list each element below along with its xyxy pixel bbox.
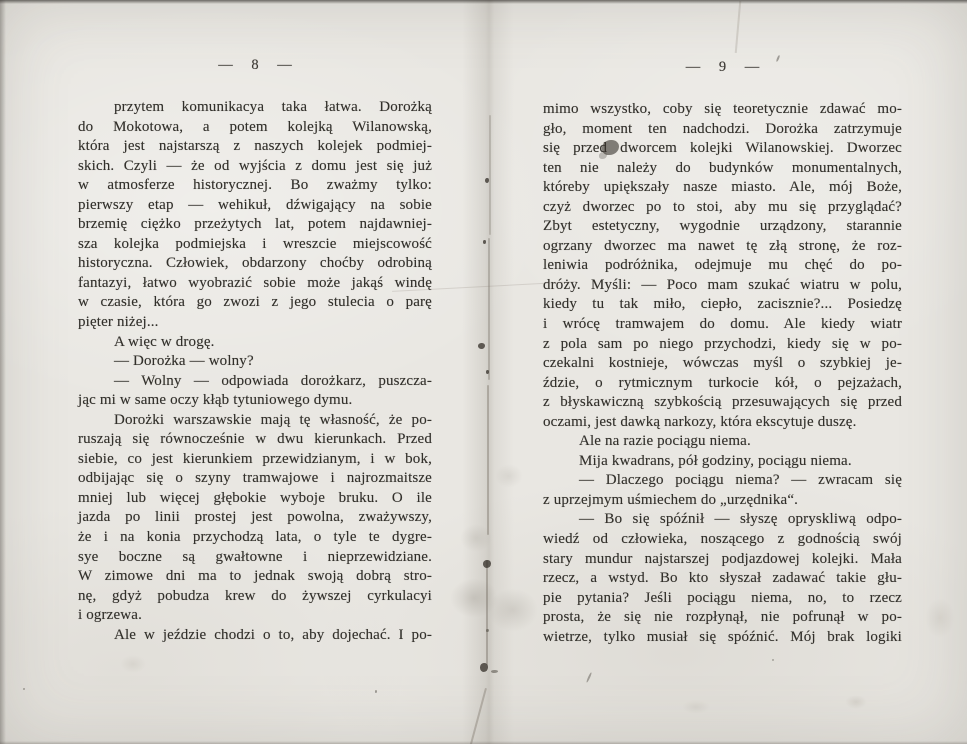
paper-speck [375, 690, 377, 693]
text-line: z błyskawiczną szybkością przesuwających… [543, 393, 902, 413]
text-line: sza kolejka podmiejska i wreszcie miejsc… [78, 235, 432, 255]
text-line: z uprzejmym uśmiechem do „urzędnika“. [543, 491, 902, 511]
text-line: wiedź od człowieka, noszącego z godności… [543, 530, 902, 550]
text-line: leniwia podróżnika, odejmuje mu chęć do … [543, 256, 902, 276]
page-right-text: mimo wszystko, coby się teoretycznie zda… [543, 100, 902, 647]
paper-stain [460, 524, 492, 552]
text-line: kiedy tu tak miło, ciepło, zacisznie?...… [543, 295, 902, 315]
text-line: mniej lub więcej głębokie wyboje bruku. … [78, 489, 432, 509]
text-line: nę, gdyż pobudza krew do żywszej cyrkula… [78, 587, 432, 607]
text-line: fantazyi, łatwo wyobrazić sobie może jak… [78, 274, 432, 294]
text-line: prosta, że się nie rozpłynął, nie pofrun… [543, 608, 902, 628]
text-line: Dorożki warszawskie mają tę własność, że… [78, 411, 432, 431]
scan-edge-top [0, 0, 967, 4]
book-scan: — 8 — przytem komunikacya taka łatwa. Do… [0, 0, 967, 744]
gutter-thread [487, 385, 489, 535]
page-number-header-right: — 9 — [543, 57, 902, 77]
text-line: jazda po linii prostej jest powolna, zwa… [78, 508, 432, 528]
text-line: rzecz, a wstyd. Bo kto słyszał zadawać t… [543, 569, 902, 589]
text-line: pie pytania? Jeśli pociągu niema, no, to… [543, 589, 902, 609]
text-line: jąc mi w same oczy kłąb tytuniowego dymu… [78, 391, 432, 411]
scan-edge-left [0, 0, 6, 744]
text-line: z pola sam po niego przychodzi, kiedy si… [543, 335, 902, 355]
paper-stain [925, 598, 955, 638]
text-line: któreby upiększały nasze miasto. Ale, mó… [543, 178, 902, 198]
text-line: czekalni kostnieje, wówczas myśl o szybk… [543, 354, 902, 374]
text-line: która jest najstarszą z naszych kolejek … [78, 137, 432, 157]
paper-stain [488, 588, 538, 632]
text-line: — Dlaczego pociągu niema? — zwracam się [543, 471, 902, 491]
paper-speck [772, 659, 774, 661]
text-line: przytem komunikacya taka łatwa. Dorożką [78, 98, 432, 118]
text-line: się przed dworcem kolejki Wilanowskiej. … [543, 139, 902, 159]
crease-line [735, 1, 741, 53]
text-line: historyczna. Człowiek, obdarzony choćby … [78, 254, 432, 274]
text-line: siebie, co jest kierunkiem przewidzianym… [78, 450, 432, 470]
text-line: — Wolny — odpowiada dorożkarz, puszcza- [78, 372, 432, 392]
paper-stain [495, 464, 523, 488]
paper-speck [23, 688, 25, 690]
text-line: w atmosferze historycznej. Bo zważmy tyl… [78, 176, 432, 196]
text-line: A więc w drogę. [78, 333, 432, 353]
text-line: oczami, jest dawką narkozy, która ekscyt… [543, 413, 902, 433]
page-left-text: przytem komunikacya taka łatwa. Dorożkąd… [78, 98, 432, 645]
text-line: ten nie należy do budynków monumentalnyc… [543, 159, 902, 179]
text-line: i wrócę tramwajem do domu. Ale kiedy wia… [543, 315, 902, 335]
text-line: skich. Czyli — że od wyjścia z domu jest… [78, 157, 432, 177]
text-line: gło, moment ten nadchodzi. Dorożka zatrz… [543, 120, 902, 140]
text-line: Zbyt estetyczny, wygodnie urządzony, sta… [543, 217, 902, 237]
text-line: W zimowe dni ma to jednak swoją dobrą st… [78, 567, 432, 587]
text-line: pięter niżej... [78, 313, 432, 333]
text-line: stary mundur najstarszej podjazdowej kol… [543, 550, 902, 570]
paper-stain [845, 695, 867, 709]
text-line: ogrzany dworzec ma nawet tę złą stronę, … [543, 237, 902, 257]
paper-speck [586, 672, 592, 683]
text-line: mimo wszystko, coby się teoretycznie zda… [543, 100, 902, 120]
text-line: sye boczne są gwałtowne i nieprzewidzian… [78, 548, 432, 568]
text-line: w czasie, która go zwozi z jego stulecia… [78, 293, 432, 313]
text-line: — Bo się spóźnił — słyszę opryskliwą odp… [543, 510, 902, 530]
text-line: Ale w jeździe chodzi o to, aby dojechać.… [78, 626, 432, 646]
text-line: Mija kwadrans, pół godziny, pociągu niem… [543, 452, 902, 472]
text-line: wietrze, tylko musiał się spóźnić. Mój b… [543, 628, 902, 648]
text-line: i ogrzewa. [78, 606, 432, 626]
text-line: dróży. Myśli: — Poco mam szukać wiatru w… [543, 276, 902, 296]
text-line: ruszają się równocześnie w dwu kierunkac… [78, 430, 432, 450]
text-line: — Dorożka — wolny? [78, 352, 432, 372]
page-right: — 9 — mimo wszystko, coby się teoretyczn… [543, 57, 902, 647]
text-line: czyż dworzec po to stoi, aby mu się przy… [543, 198, 902, 218]
text-line: Ale na razie pociągu niema. [543, 432, 902, 452]
text-line: że i na konia przychodzą lata, o tyle te… [78, 528, 432, 548]
page-number-header-left: — 8 — [78, 55, 432, 75]
text-line: brzemię ciężko przeżytych lat, potem naj… [78, 215, 432, 235]
text-line: pierwszy etap — wehikuł, dźwigający na s… [78, 196, 432, 216]
paper-stain [120, 655, 146, 673]
text-line: do Mokotowa, a potem kolejką Wilanowską, [78, 118, 432, 138]
text-line: ździe, o rytmicznym turkocie kół, o pejz… [543, 374, 902, 394]
gutter-thread [488, 238, 490, 380]
gutter-thread [489, 115, 491, 235]
paper-stain [682, 700, 710, 714]
page-left: — 8 — przytem komunikacya taka łatwa. Do… [78, 55, 432, 645]
text-line: odbijając się o szyny tramwajowe i najro… [78, 469, 432, 489]
